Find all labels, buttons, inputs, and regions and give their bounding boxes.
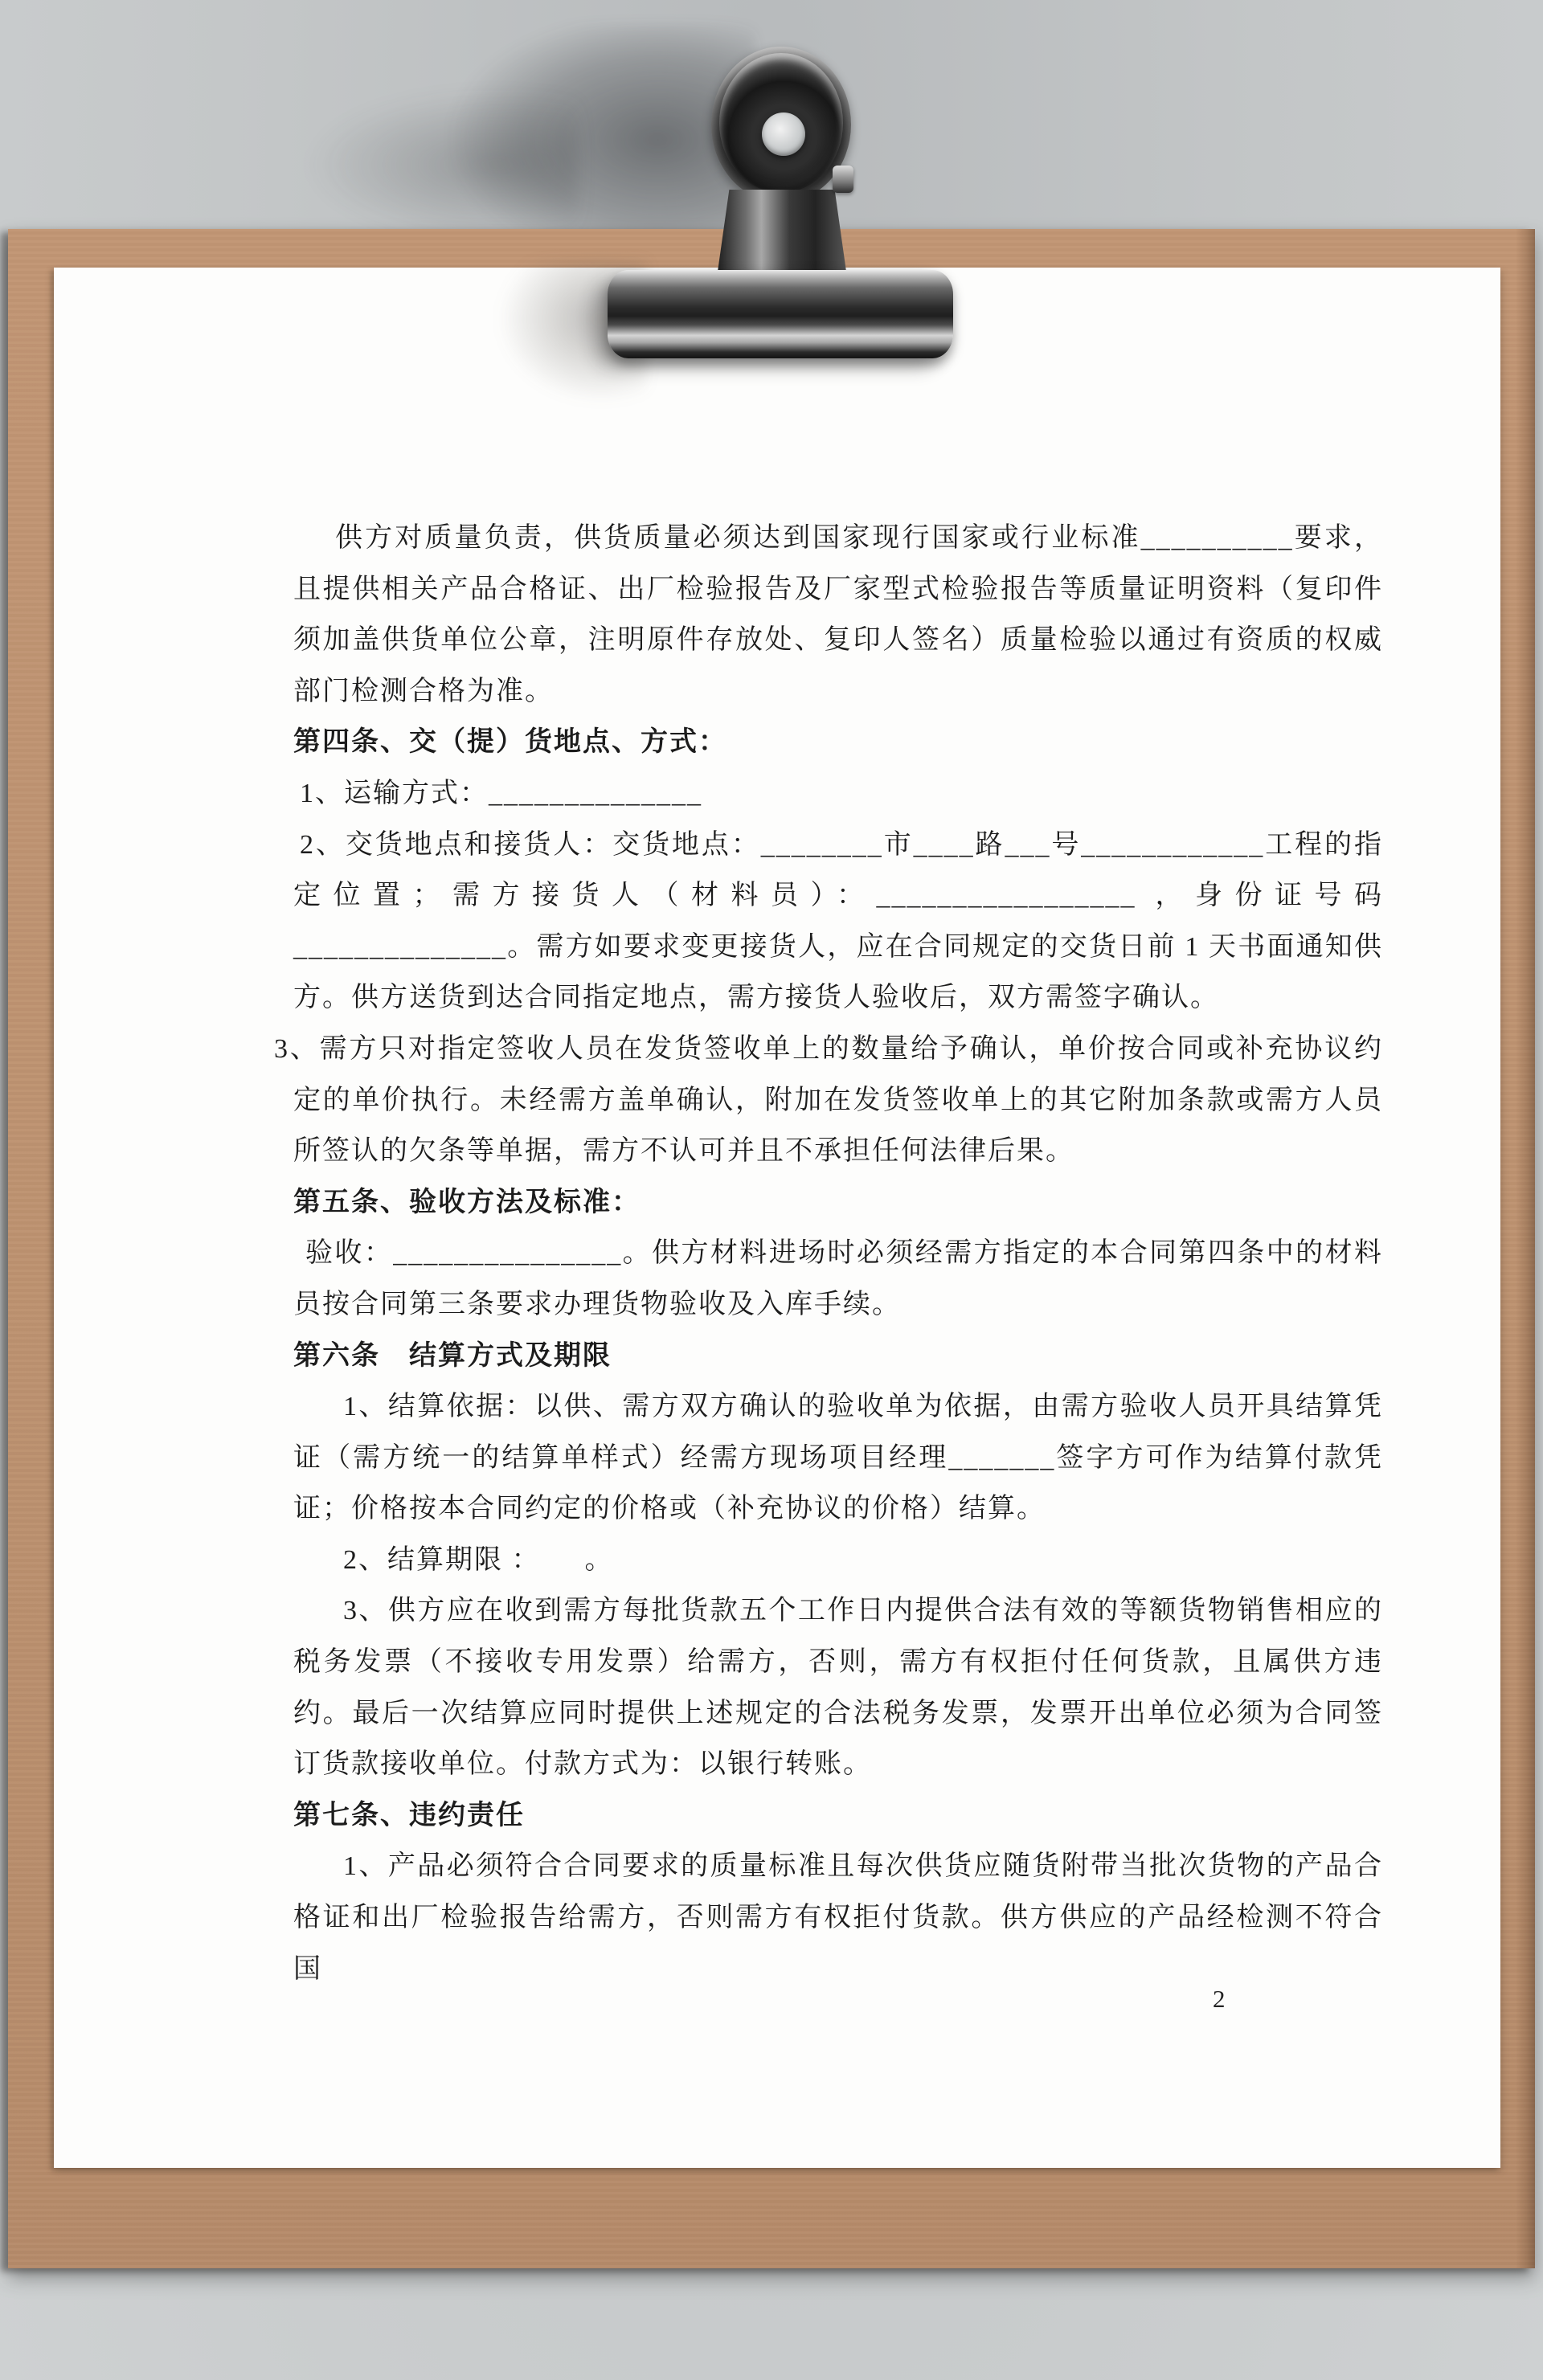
paper-sheet: 供方对质量负责，供货质量必须达到国家现行国家或行业标准__________要求，… [54,268,1500,2168]
heading-article-5: 第五条、验收方法及标准： [293,1177,1383,1229]
contract-body: 供方对质量负责，供货质量必须达到国家现行国家或行业标准__________要求，… [293,513,1383,1994]
para-acceptance: 验收：_______________。供方材料进场时必须经需方指定的本合同第四条… [293,1228,1383,1330]
para-transport-method: 1、运输方式：______________ [293,768,1383,820]
clip-shadow-on-paper [494,261,647,406]
para-settlement-basis: 1、结算依据：以供、需方双方确认的验收单为依据，由需方验收人员开具结算凭证（需方… [293,1381,1383,1535]
para-receipt-confirmation: 3、需方只对指定签收人员在发货签收单上的数量给予确认，单价按合同或补充协议约定的… [293,1024,1383,1177]
para-invoice: 3、供方应在收到需方每批货款五个工作日内提供合法有效的等额货物销售相应的税务发票… [293,1585,1383,1789]
heading-article-7: 第七条、违约责任 [293,1790,1383,1842]
clip-shadow-on-wall-soft [305,88,579,241]
page-number: 2 [1213,1983,1261,2015]
heading-article-4: 第四条、交（提）货地点、方式： [293,717,1383,768]
photo-canvas: { "page": { "number": "2" }, "document":… [0,0,1543,2380]
para-breach: 1、产品必须符合合同要求的质量标准且每次供货应随货附带当批次货物的产品合格证和出… [293,1841,1383,1994]
clip-lever-tab [833,166,853,193]
clip-coil-hole [762,112,805,156]
para-quality-assurance: 供方对质量负责，供货质量必须达到国家现行国家或行业标准__________要求，… [293,513,1383,717]
para-settlement-period: 2、结算期限 ： 。 [293,1535,1383,1586]
clipboard-right-bevel [1516,229,1535,2268]
heading-article-6: 第六条 结算方式及期限 [293,1331,1383,1382]
para-delivery-location: 2、交货地点和接货人：交货地点：________市____路___号______… [293,820,1383,1024]
